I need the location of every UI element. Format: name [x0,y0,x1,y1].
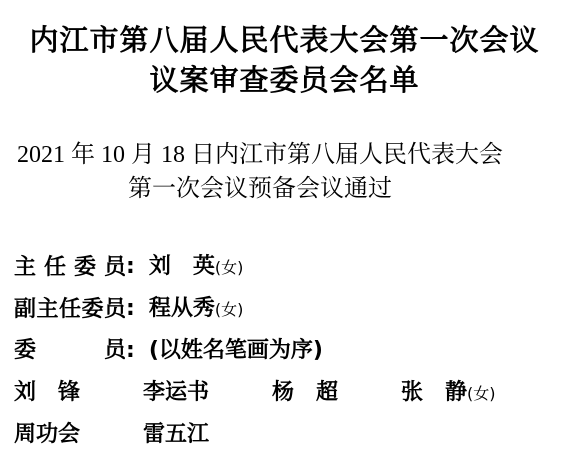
member-cell: 杨 超 [272,372,401,415]
member-cell: 张 静(女) [401,372,496,415]
gender-note: (女) [215,258,244,277]
member-name: 程从秀 [149,296,215,321]
approval-note: 2021 年 10 月 18 日内江市第八届人民代表大会 第一次会议预备会议通过 [0,138,520,206]
document-page: 内江市第八届人民代表大会第一次会议 议案审查委员会名单 2021 年 10 月 … [0,0,569,473]
member-row-2: 周功会雷五江 [14,414,569,456]
member-cell: 李运书 [143,372,272,415]
committee-roster: 主任委员:刘 英(女) 副主任委员:程从秀(女) 委员:(以姓名笔画为序) 刘 … [14,246,569,456]
role-row-chairman: 主任委员:刘 英(女) [14,246,569,288]
member-name: 刘 英 [149,254,215,279]
member-name: 刘 锋 [14,380,80,405]
sort-order-note: (以姓名笔画为序) [149,338,323,363]
member-name: 雷五江 [143,422,209,447]
gender-note: (女) [215,300,244,319]
member-cell: 周功会 [14,414,143,457]
title-line-1: 内江市第八届人民代表大会第一次会议 [0,20,569,60]
role-label-chairman: 主任委员 [14,247,126,289]
member-name: 张 静 [401,380,467,405]
role-label-vice-chairman: 副主任委员 [14,289,126,331]
title-line-2: 议案审查委员会名单 [0,60,569,100]
role-row-vice-chairman: 副主任委员:程从秀(女) [14,288,569,330]
colon: : [126,288,135,330]
role-row-members: 委员:(以姓名笔画为序) [14,330,569,372]
member-row-1: 刘 锋李运书杨 超张 静(女) [14,372,569,414]
document-title: 内江市第八届人民代表大会第一次会议 议案审查委员会名单 [0,0,569,100]
member-name: 杨 超 [272,380,338,405]
role-label-members: 委员 [14,330,126,372]
member-name: 李运书 [143,380,209,405]
gender-note: (女) [467,384,496,403]
member-cell: 雷五江 [143,414,209,457]
approval-line-2: 第一次会议预备会议通过 [0,172,520,206]
colon: : [126,246,135,288]
member-cell: 刘 锋 [14,372,143,415]
approval-line-1: 2021 年 10 月 18 日内江市第八届人民代表大会 [0,138,520,172]
member-name: 周功会 [14,422,80,447]
colon: : [126,330,135,372]
